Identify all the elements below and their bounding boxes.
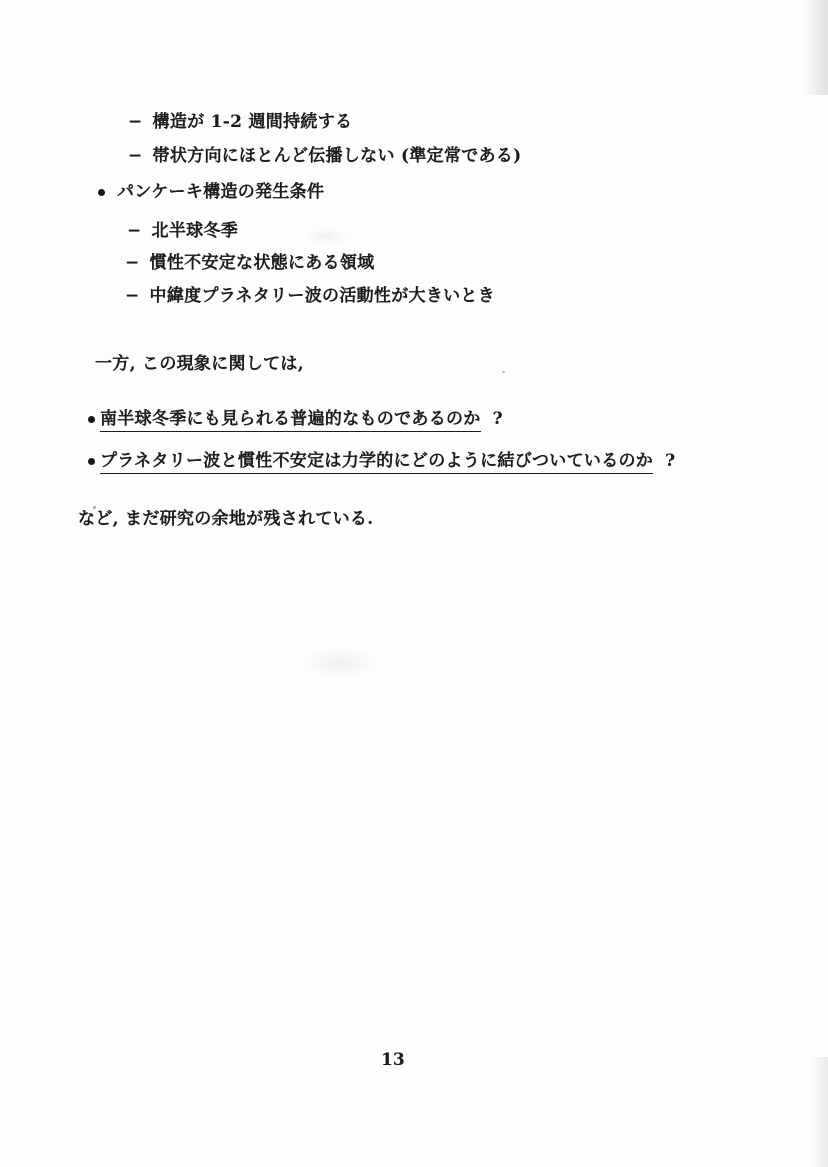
list-item: − 構造が 1-2 週間持続する [128, 114, 352, 131]
list-item: 南半球冬季にも見られる普遍的なものであるのか ? [88, 411, 503, 432]
page-number: 13 [381, 1052, 405, 1069]
document-page: − 構造が 1-2 週間持続する − 帯状方向にほとんど伝播しない (準定常であ… [0, 0, 828, 1167]
list-item: − 中緯度プラネタリー波の活動性が大きいとき [125, 288, 495, 305]
scan-artifact [502, 371, 505, 373]
list-item: − 帯状方向にほとんど伝播しない (準定常である) [128, 148, 521, 165]
paragraph: など, まだ研究の余地が残されている. [78, 511, 373, 528]
list-item-text: 帯状方向にほとんど伝播しない (準定常である) [153, 148, 522, 165]
dash-marker: − [125, 288, 140, 305]
dash-marker: − [127, 223, 142, 240]
bullet-icon [98, 189, 105, 196]
list-item: − 北半球冬季 [127, 223, 238, 240]
scan-artifact [810, 1057, 828, 1167]
list-item: プラネタリー波と慣性不安定は力学的にどのように結びついているのか ? [88, 453, 675, 474]
paragraph-text: 一方, この現象に関しては, [95, 356, 304, 373]
list-item-text: 構造が 1-2 週間持続する [153, 114, 353, 131]
list-item: パンケーキ構造の発生条件 [98, 184, 324, 201]
list-item-text: 北半球冬季 [152, 223, 239, 240]
paragraph-text: など, まだ研究の余地が残されている. [78, 511, 373, 528]
scan-artifact [802, 0, 828, 95]
dash-marker: − [125, 255, 140, 272]
bullet-icon [88, 458, 95, 465]
paragraph: 一方, この現象に関しては, [95, 356, 304, 373]
list-item-text: 慣性不安定な状態にある領域 [150, 255, 375, 272]
question-text: 南半球冬季にも見られる普遍的なものであるのか [100, 411, 481, 432]
question-mark: ? [493, 411, 503, 428]
dash-marker: − [128, 148, 143, 165]
scan-artifact [300, 648, 380, 678]
bullet-icon [88, 416, 95, 423]
list-item: − 慣性不安定な状態にある領域 [125, 255, 374, 272]
dash-marker: − [128, 114, 143, 131]
question-text: プラネタリー波と慣性不安定は力学的にどのように結びついているのか [100, 453, 653, 474]
scan-artifact [305, 228, 349, 246]
question-mark: ? [665, 453, 675, 470]
list-item-text: パンケーキ構造の発生条件 [117, 184, 324, 201]
list-item-text: 中緯度プラネタリー波の活動性が大きいとき [150, 288, 496, 305]
